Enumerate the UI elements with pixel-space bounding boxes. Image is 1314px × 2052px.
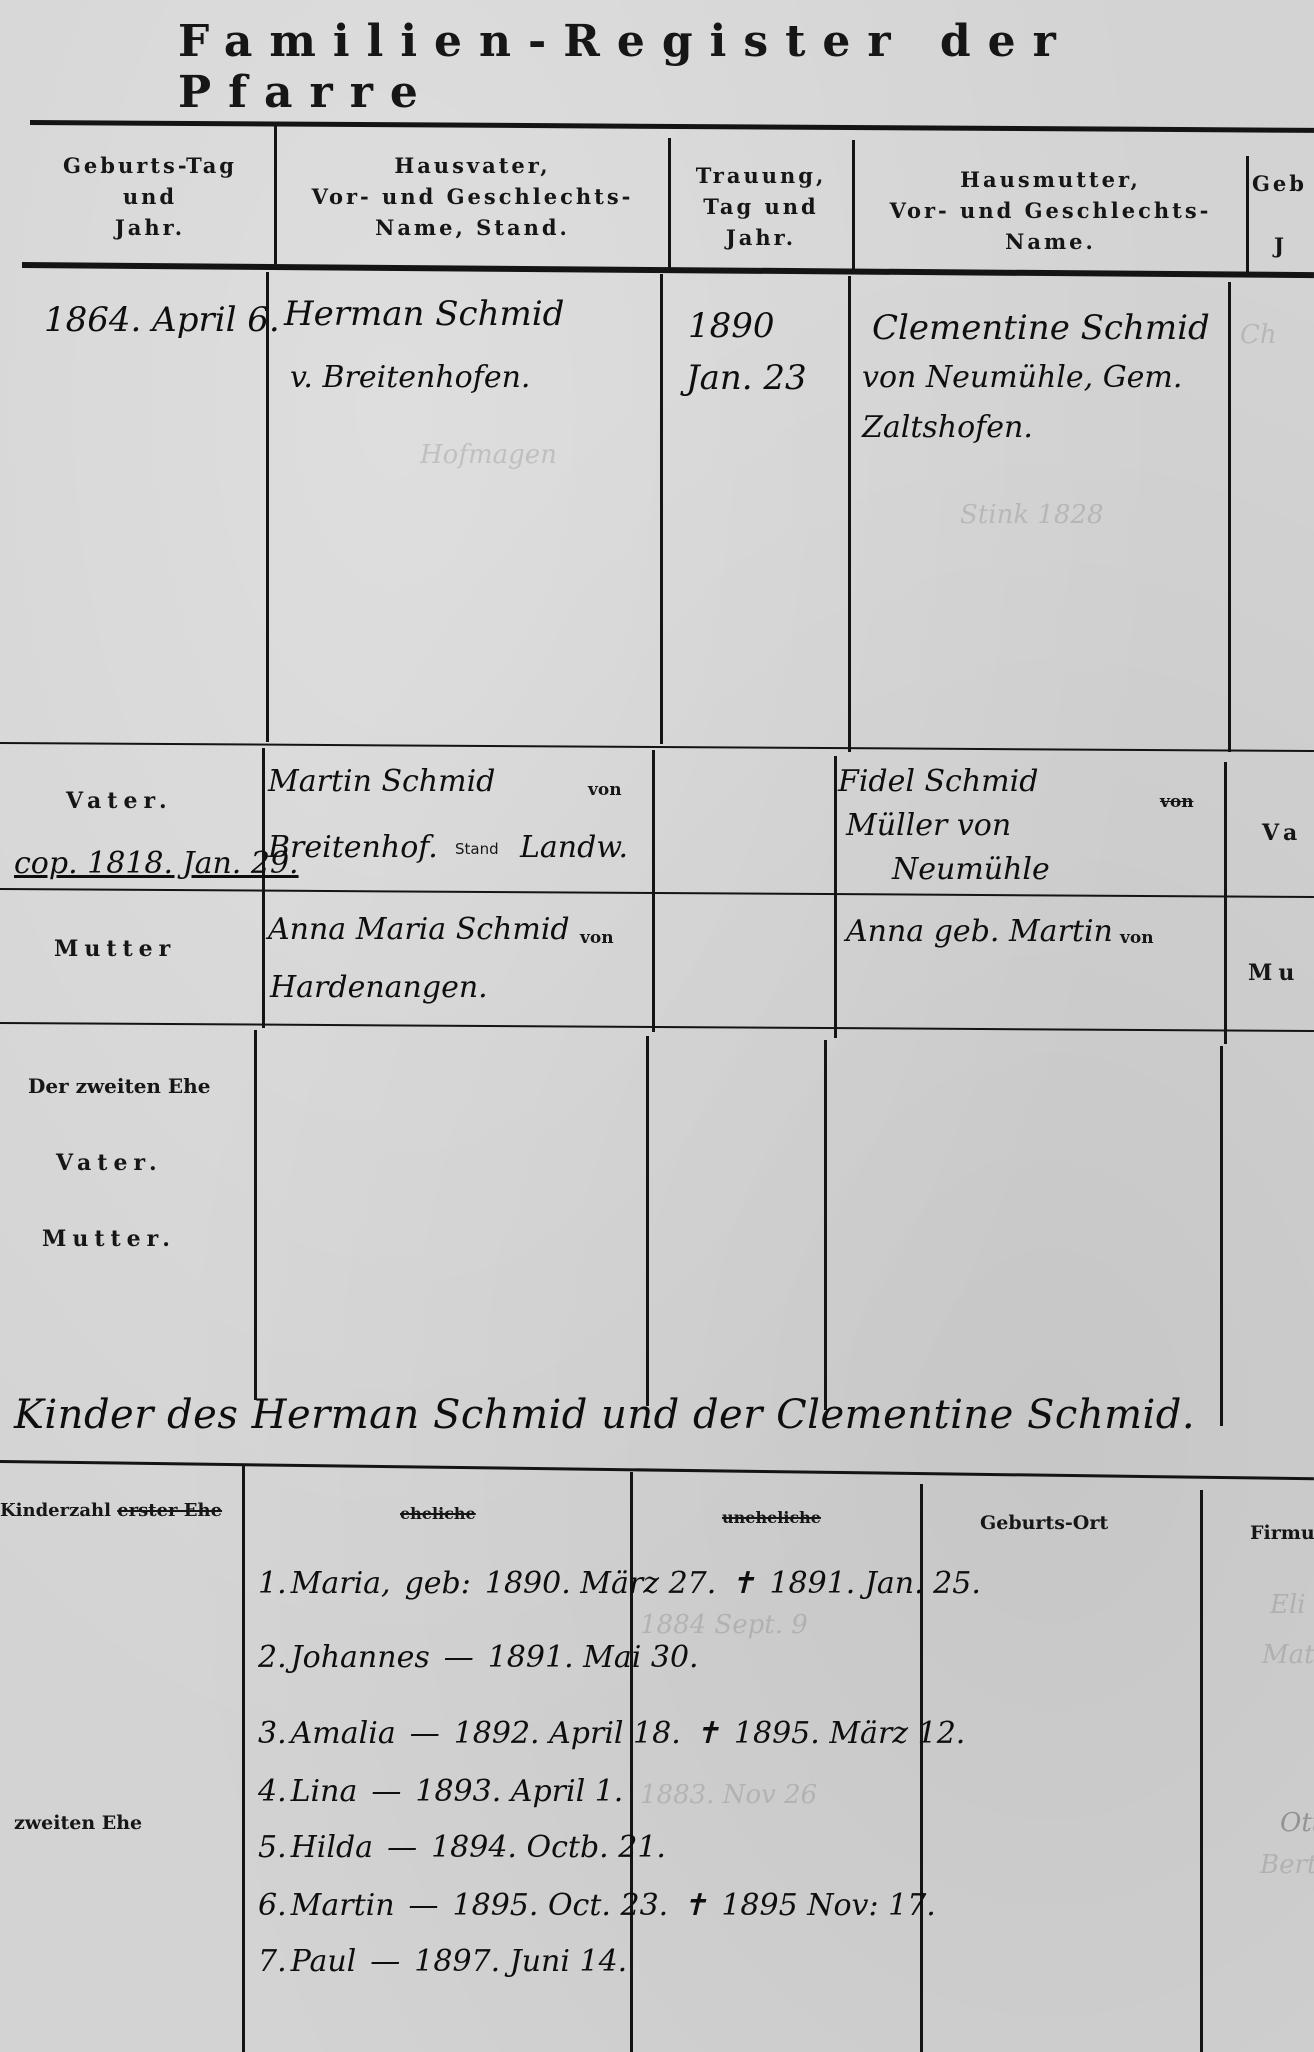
child-row: 3.Amalia—1892. April 18.✝1895. März 12. (258, 1716, 979, 1751)
husband-origin: v. Breitenhofen. (290, 360, 530, 395)
bleed-through: 1883. Nov 26 (640, 1780, 817, 1810)
col-header-firm: Firmu (1250, 1522, 1314, 1544)
husband-father-von: von (588, 780, 622, 800)
child-number: 4. (258, 1774, 287, 1809)
bleed-through: 1884 Sept. 9 (640, 1610, 808, 1640)
child-name: Johannes (291, 1640, 430, 1675)
bleed-through: Hofmagen (420, 440, 557, 470)
child-birth-date: 1892. April 18. (454, 1716, 681, 1751)
wife-father-origin: Neumühle (892, 852, 1050, 887)
header-next-partial: Geb J (1252, 168, 1314, 261)
husband-father-stand: Landw. (520, 830, 628, 865)
husband-father-name: Martin Schmid (268, 764, 495, 799)
col-divider (254, 1030, 257, 1400)
child-birth-date: 1894. Octb. 21. (431, 1830, 666, 1865)
header-mother: Hausmutter, Vor- und Geschlechts- Name. (858, 164, 1243, 257)
child-death-date: 1895. März 12. (734, 1716, 965, 1751)
register-page: Familien-Register der Pfarre Geburts-Tag… (0, 0, 1314, 2052)
col-divider (660, 274, 663, 744)
child-separator: — (387, 1830, 417, 1865)
child-death-date: 1895 Nov: 17. (721, 1888, 936, 1923)
wife-name: Clementine Schmid (872, 308, 1210, 348)
child-name: Amalia (291, 1716, 396, 1751)
child-number: 1. (258, 1566, 287, 1601)
row-rule (0, 888, 1314, 898)
husband-father-origin: Breitenhof. (268, 830, 438, 865)
child-death-date: 1891. Jan. 25. (769, 1566, 980, 1601)
child-row: 2.Johannes—1891. Mai 30. (258, 1640, 741, 1675)
child-birth-date: 1890. März 27. (485, 1566, 716, 1601)
child-name: Lina (291, 1774, 358, 1809)
col-divider (652, 750, 655, 1032)
col-divider (1220, 1046, 1223, 1426)
death-cross-icon: ✝ (730, 1566, 755, 1601)
bleed-through: Stink 1828 (960, 500, 1104, 530)
child-birth-date: 1891. Mai 30. (488, 1640, 699, 1675)
child-separator: — (444, 1640, 474, 1675)
husband-birth-date: 1864. April 6. (44, 300, 280, 340)
child-name: Martin (291, 1888, 395, 1923)
child-birth-date: 1897. Juni 14. (414, 1944, 627, 1979)
child-row: 6.Martin—1895. Oct. 23.✝1895 Nov: 17. (258, 1888, 950, 1923)
col-divider (852, 140, 855, 270)
husband-mother-von: von (580, 928, 614, 948)
child-separator: — (410, 1716, 440, 1751)
death-cross-icon: ✝ (682, 1888, 707, 1923)
row-rule (0, 742, 1314, 752)
bleed-through: Otto (1280, 1808, 1314, 1838)
label-mother: Mutter (54, 936, 176, 962)
child-separator: — (370, 1944, 400, 1979)
child-row: 4.Lina—1893. April 1. (258, 1774, 665, 1809)
col-divider (1228, 282, 1231, 752)
child-separator: — (409, 1888, 439, 1923)
col-divider (824, 1040, 827, 1410)
child-separator: geb: (405, 1566, 471, 1601)
col-divider (1200, 1490, 1203, 2052)
child-row: 1.Maria,geb:1890. März 27.✝1891. Jan. 25… (258, 1566, 995, 1601)
child-number: 2. (258, 1640, 287, 1675)
husband-mother-origin: Hardenangen. (270, 970, 488, 1005)
col-divider (262, 748, 265, 1028)
wife-origin: von Neumühle, Gem. (862, 360, 1182, 395)
child-number: 6. (258, 1888, 287, 1923)
husband-name: Herman Schmid (284, 294, 564, 334)
wife-origin-2: Zaltshofen. (862, 410, 1033, 445)
col-divider (242, 1466, 245, 2052)
header-marriage: Trauung, Tag und Jahr. (672, 160, 850, 253)
child-number: 3. (258, 1716, 287, 1751)
children-heading: Kinder des Herman Schmid und der Clement… (14, 1392, 1195, 1438)
bleed-through: Ch (1240, 320, 1277, 350)
child-birth-date: 1895. Oct. 23. (453, 1888, 669, 1923)
header-father: Hausvater, Vor- und Geschlechts- Name, S… (280, 150, 665, 243)
child-number: 7. (258, 1944, 287, 1979)
child-birth-date: 1893. April 1. (415, 1774, 623, 1809)
col-divider (1224, 762, 1227, 1044)
right-label-father: Va (1262, 820, 1303, 846)
child-name: Hilda (291, 1830, 373, 1865)
wife-father-name: Fidel Schmid (838, 764, 1038, 799)
wife-mother-name: Anna geb. Martin (846, 914, 1113, 949)
bleed-through: Matt (1262, 1640, 1314, 1670)
side-label-second-marriage: zweiten Ehe (14, 1812, 142, 1834)
second-marriage-mother: Mutter. (42, 1226, 176, 1252)
right-label-mother: Mu (1248, 960, 1300, 986)
col-divider (646, 1036, 649, 1406)
col-header-birthplace: Geburts-Ort (980, 1512, 1108, 1534)
col-header-illegit: uneheliche (722, 1508, 821, 1527)
parents-marriage-note: cop. 1818. Jan. 29. (14, 846, 299, 881)
bleed-through: Bertha (1260, 1850, 1314, 1880)
wife-father-von: von (1160, 792, 1194, 812)
label-father: Vater. (66, 788, 173, 814)
col-divider (834, 756, 837, 1038)
death-cross-icon: ✝ (695, 1716, 720, 1751)
col-divider (274, 126, 277, 264)
row-rule (0, 1022, 1314, 1032)
child-row: 7.Paul—1897. Juni 14. (258, 1944, 669, 1979)
marriage-day: Jan. 23 (686, 358, 807, 398)
wife-mother-von: von (1120, 928, 1154, 948)
stand-label: Stand (455, 840, 499, 858)
child-row: 5.Hilda—1894. Octb. 21. (258, 1830, 708, 1865)
col-header-legit: eheliche (400, 1504, 476, 1523)
wife-father-occupation: Müller von (846, 808, 1011, 843)
second-marriage-label: Der zweiten Ehe (28, 1074, 210, 1098)
marriage-year: 1890 (688, 306, 775, 346)
husband-mother-name: Anna Maria Schmid (268, 912, 570, 947)
col-divider (668, 138, 671, 268)
child-name: Maria, (291, 1566, 391, 1601)
child-name: Paul (291, 1944, 357, 1979)
bleed-through: Eli (1270, 1590, 1306, 1620)
header-top-rule (30, 120, 1314, 133)
col-header-count: Kinderzahl erster Ehe (0, 1500, 222, 1521)
child-separator: — (371, 1774, 401, 1809)
child-number: 5. (258, 1830, 287, 1865)
children-heading-rule (0, 1460, 1314, 1480)
header-birth: Geburts-Tag und Jahr. (30, 150, 270, 243)
page-title: Familien-Register der Pfarre (178, 16, 1314, 118)
col-divider (848, 276, 851, 752)
col-divider (1246, 156, 1249, 274)
second-marriage-father: Vater. (56, 1150, 163, 1176)
col-divider (266, 272, 269, 742)
